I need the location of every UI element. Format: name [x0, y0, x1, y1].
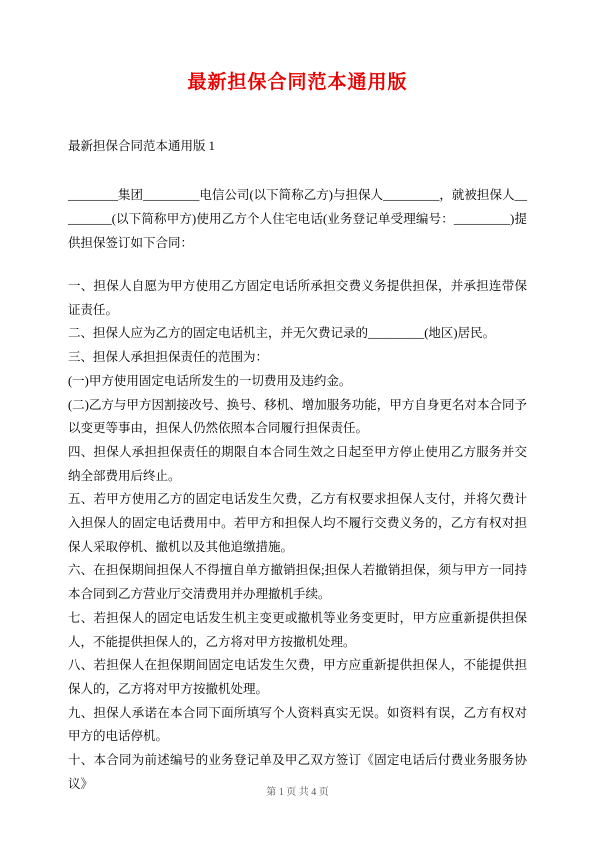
clause-7: 七、若担保人的固定电话发生机主变更或撤机等业务变更时，甲方应重新提供担保人，不能…: [68, 607, 527, 654]
clause-2: 二、担保人应为乙方的固定电话机主，并无欠费记录的_________(地区)居民。: [68, 322, 527, 346]
clause-8: 八、若担保人在担保期间固定电话发生欠费，甲方应重新提供担保人，不能提供担保人的，…: [68, 654, 527, 701]
clause-4: 四、担保人承担担保责任的期限自本合同生效之日起至甲方停止使用乙方服务并交纳全部费…: [68, 441, 527, 488]
clause-9: 九、担保人承诺在本合同下面所填写个人资料真实无误。如资料有误，乙方有权对甲方的电…: [68, 702, 527, 749]
document-subtitle: 最新担保合同范本通用版 1: [68, 138, 527, 155]
document-page: 最新担保合同范本通用版 最新担保合同范本通用版 1 ________集团____…: [0, 0, 595, 841]
clause-5: 五、若甲方使用乙方的固定电话发生欠费，乙方有权要求担保人支付，并将欠费计入担保人…: [68, 488, 527, 559]
document-title: 最新担保合同范本通用版: [68, 0, 527, 96]
clause-3-item-1: (一)甲方使用固定电话所发生的一切费用及违约金。: [68, 370, 527, 394]
intro-paragraph: ________集团_________电信公司(以下简称乙方)与担保人_____…: [68, 183, 527, 255]
clause-list: 一、担保人自愿为甲方使用乙方固定电话所承担交费义务提供担保，并承担连带保证责任。…: [68, 275, 527, 796]
clause-3: 三、担保人承担担保责任的范围为：: [68, 346, 527, 370]
clause-1: 一、担保人自愿为甲方使用乙方固定电话所承担交费义务提供担保，并承担连带保证责任。: [68, 275, 527, 322]
clause-3-item-2: (二)乙方与甲方因割接改号、换号、移机、增加服务功能，甲方自身更名对本合同予以变…: [68, 394, 527, 441]
document-content: 最新担保合同范本通用版 最新担保合同范本通用版 1 ________集团____…: [0, 0, 595, 796]
clause-6: 六、在担保期间担保人不得擅自单方撤销担保;担保人若撤销担保，须与甲方一同持本合同…: [68, 559, 527, 606]
page-number-footer: 第 1 页 共 4 页: [0, 787, 595, 799]
